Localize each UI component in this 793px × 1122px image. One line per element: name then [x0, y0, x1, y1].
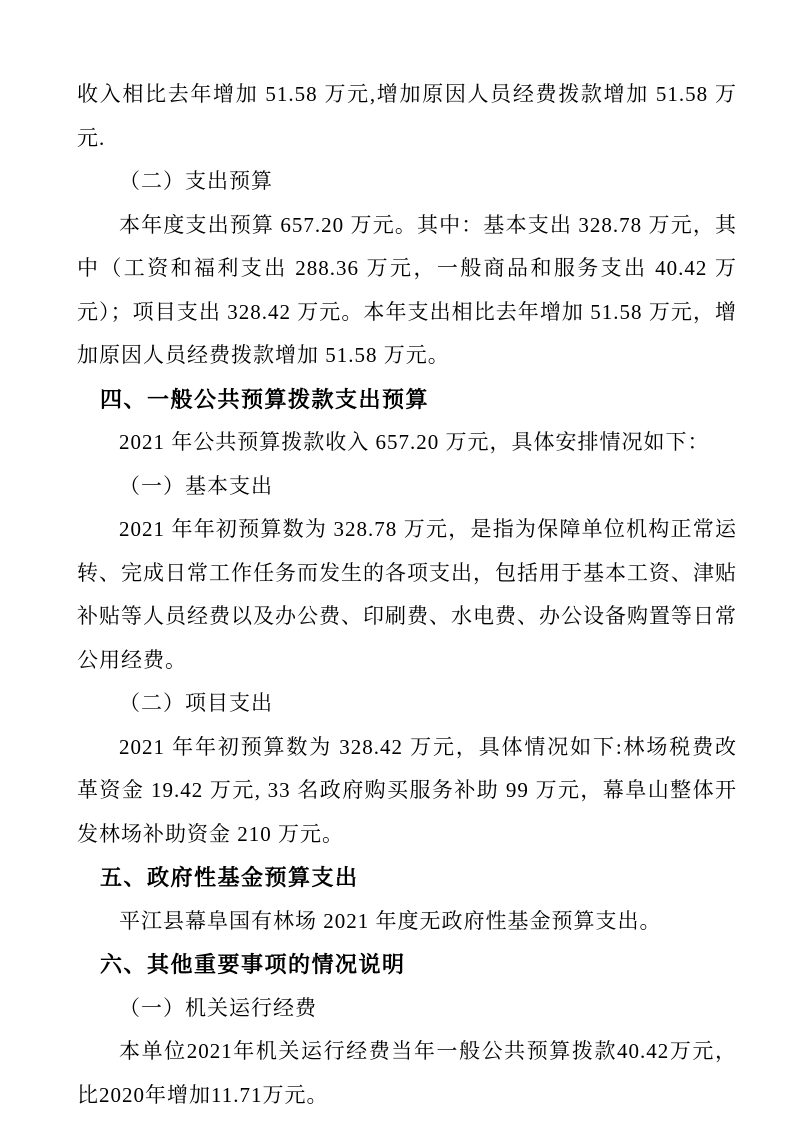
section-heading: 五、政府性基金预算支出 [77, 856, 737, 900]
paragraph: 2021 年公共预算拨款收入 657.20 万元，具体安排情况如下： [77, 421, 737, 465]
document-body: 收入相比去年增加 51.58 万元,增加原因人员经费拨款增加 51.58 万元.… [77, 73, 737, 1117]
continuation-paragraph: 收入相比去年增加 51.58 万元,增加原因人员经费拨款增加 51.58 万元. [77, 73, 737, 160]
sub-heading: （一）机关运行经费 [77, 987, 737, 1031]
paragraph: 本单位2021年机关运行经费当年一般公共预算拨款40.42万元，比2020年增加… [77, 1030, 737, 1117]
section-heading: 四、一般公共预算拨款支出预算 [77, 378, 737, 422]
document-page: 收入相比去年增加 51.58 万元,增加原因人员经费拨款增加 51.58 万元.… [0, 0, 793, 1122]
paragraph: 本年度支出预算 657.20 万元。其中：基本支出 328.78 万元，其中（工… [77, 204, 737, 378]
paragraph: 2021 年年初预算数为 328.78 万元，是指为保障单位机构正常运转、完成日… [77, 508, 737, 682]
sub-heading: （二）支出预算 [77, 160, 737, 204]
paragraph: 平江县幕阜国有林场 2021 年度无政府性基金预算支出。 [77, 900, 737, 944]
section-heading: 六、其他重要事项的情况说明 [77, 943, 737, 987]
sub-heading: （二）项目支出 [77, 682, 737, 726]
paragraph: 2021 年年初预算数为 328.42 万元，具体情况如下:林场税费改革资金 1… [77, 726, 737, 857]
sub-heading: （一）基本支出 [77, 465, 737, 509]
